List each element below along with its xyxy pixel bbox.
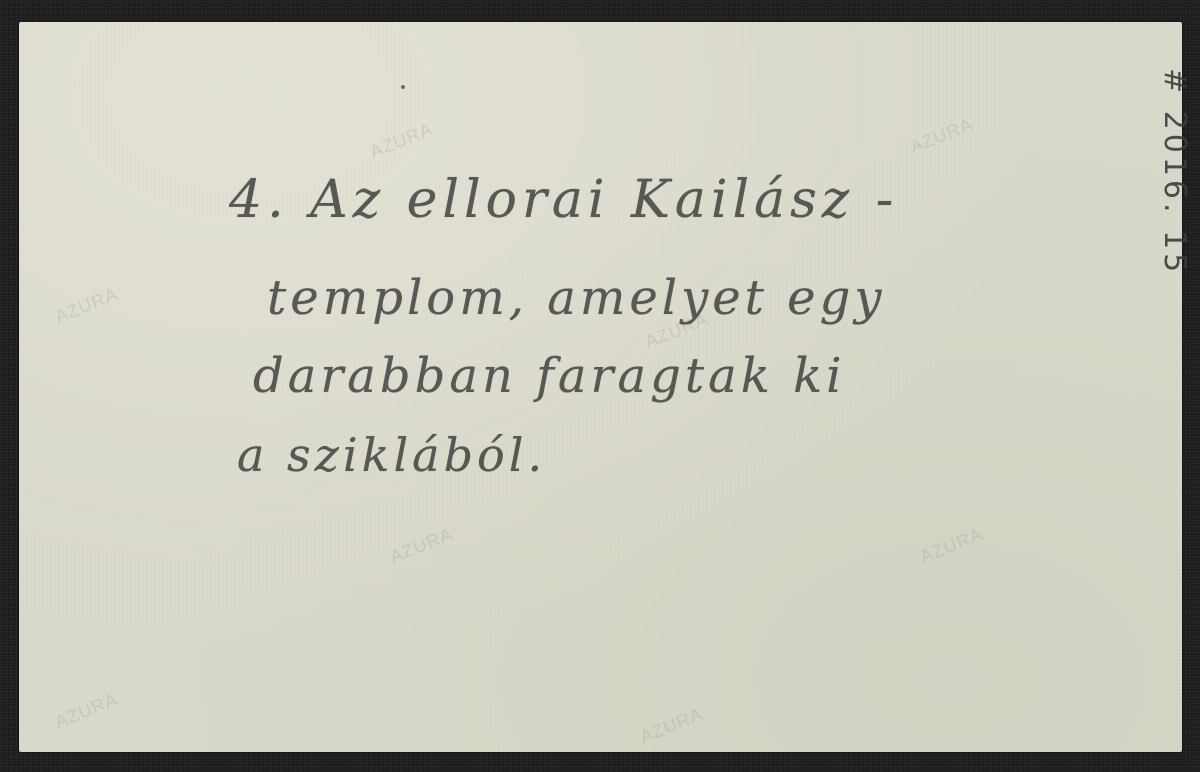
watermark: AZURA: [907, 114, 976, 158]
watermark: AZURA: [917, 524, 986, 568]
accession-number: # 2016. 15: [1157, 68, 1192, 276]
archival-card: AZURA AZURA AZURA AZURA AZURA AZURA AZUR…: [19, 22, 1182, 752]
caption-line-1: 4. Az ellorai Kailász -: [229, 170, 898, 230]
caption-line-3: darabban faragtak ki: [253, 348, 846, 404]
watermark: AZURA: [52, 689, 121, 733]
caption-line-2: templom, amelyet egy: [267, 270, 885, 326]
caption-line-4: a sziklából.: [237, 428, 546, 482]
watermark: AZURA: [52, 284, 121, 328]
watermark: AZURA: [367, 119, 436, 163]
watermark: AZURA: [387, 524, 456, 568]
watermark: AZURA: [637, 704, 706, 748]
paper-speck: [401, 85, 405, 89]
